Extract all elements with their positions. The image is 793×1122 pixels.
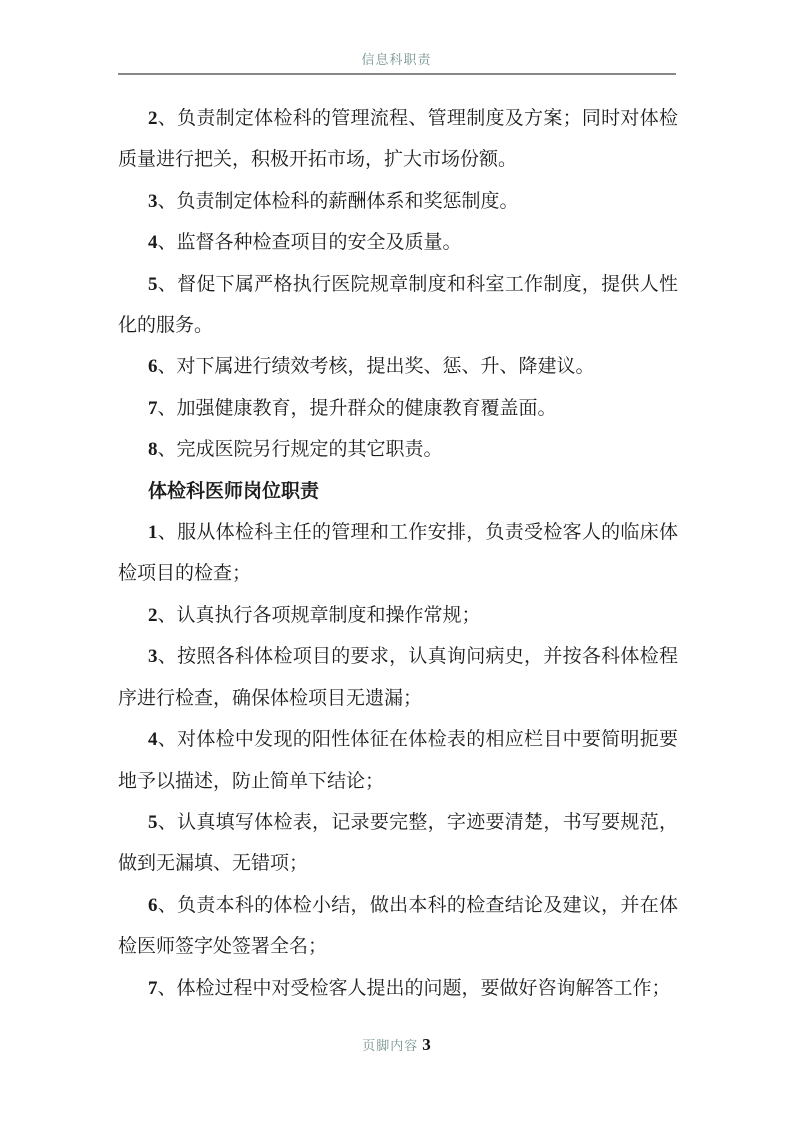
item-separator: 、 [158, 191, 177, 212]
list-item-s2-6: 6、负责本科的体检小结，做出本科的检查结论及建议，并在体检医师签字处签署全名； [118, 885, 678, 968]
item-text: 监督各种检查项目的安全及质量。 [177, 232, 462, 253]
item-number: 2 [148, 108, 158, 129]
list-item-s1-2: 2、负责制定体检科的管理流程、管理制度及方案；同时对体检质量进行把关，积极开拓市… [118, 98, 678, 181]
item-number: 6 [148, 356, 158, 377]
item-separator: 、 [158, 522, 178, 543]
item-separator: 、 [158, 274, 178, 295]
item-text: 负责本科的体检小结，做出本科的检查结论及建议，并在体检医师签字处签署全名； [118, 895, 678, 957]
list-item-s2-5: 5、认真填写体检表，记录要完整，字迹要清楚，书写要规范，做到无漏填、无错项； [118, 802, 678, 885]
item-text: 对体检中发现的阳性体征在体检表的相应栏目中要简明扼要地予以描述，防止简单下结论； [118, 729, 678, 791]
item-text: 对下属进行绩效考核，提出奖、惩、升、降建议。 [177, 356, 595, 377]
list-item-s1-7: 7、加强健康教育，提升群众的健康教育覆盖面。 [118, 388, 678, 429]
item-separator: 、 [158, 812, 178, 833]
item-number: 5 [148, 274, 158, 295]
item-separator: 、 [158, 108, 178, 129]
item-number: 7 [148, 978, 158, 999]
item-number: 4 [148, 729, 158, 750]
list-item-s2-4: 4、对体检中发现的阳性体征在体检表的相应栏目中要简明扼要地予以描述，防止简单下结… [118, 719, 678, 802]
item-number: 6 [148, 895, 158, 916]
list-item-s2-1: 1、服从体检科主任的管理和工作安排，负责受检客人的临床体检项目的检查； [118, 512, 678, 595]
item-number: 8 [148, 439, 158, 460]
page-footer: 页脚内容3 [0, 1035, 793, 1055]
document-body: 2、负责制定体检科的管理流程、管理制度及方案；同时对体检质量进行把关，积极开拓市… [118, 98, 678, 1009]
item-separator: 、 [158, 729, 178, 750]
item-number: 1 [148, 522, 158, 543]
item-text: 认真填写体检表，记录要完整，字迹要清楚，书写要规范，做到无漏填、无错项； [118, 812, 678, 874]
item-separator: 、 [158, 605, 177, 626]
item-separator: 、 [158, 646, 178, 667]
item-number: 7 [148, 398, 158, 419]
item-text: 完成医院另行规定的其它职责。 [177, 439, 443, 460]
item-text: 负责制定体检科的管理流程、管理制度及方案；同时对体检质量进行把关，积极开拓市场，… [118, 108, 678, 170]
page-header-title: 信息科职责 [0, 49, 793, 68]
footer-label: 页脚内容 [362, 1038, 418, 1053]
section-heading: 体检科医师岗位职责 [118, 471, 678, 512]
item-text: 负责制定体检科的薪酬体系和奖惩制度。 [177, 191, 519, 212]
item-number: 3 [148, 191, 158, 212]
list-item-s1-5: 5、督促下属严格执行医院规章制度和科室工作制度，提供人性化的服务。 [118, 264, 678, 347]
item-text: 按照各科体检项目的要求，认真询问病史，并按各科体检程序进行检查，确保体检项目无遗… [118, 646, 678, 708]
list-item-s2-7: 7、体检过程中对受检客人提出的问题，要做好咨询解答工作； [118, 968, 678, 1009]
list-item-s1-8: 8、完成医院另行规定的其它职责。 [118, 429, 678, 470]
list-item-s2-2: 2、认真执行各项规章制度和操作常规； [118, 595, 678, 636]
item-text: 督促下属严格执行医院规章制度和科室工作制度，提供人性化的服务。 [118, 274, 678, 336]
page-number: 3 [422, 1035, 431, 1054]
list-item-s2-3: 3、按照各科体检项目的要求，认真询问病史，并按各科体检程序进行检查，确保体检项目… [118, 636, 678, 719]
list-item-s1-6: 6、对下属进行绩效考核，提出奖、惩、升、降建议。 [118, 346, 678, 387]
header-divider-line [118, 73, 676, 75]
item-text: 服从体检科主任的管理和工作安排，负责受检客人的临床体检项目的检查； [118, 522, 678, 584]
item-number: 3 [148, 646, 158, 667]
item-separator: 、 [158, 232, 177, 253]
item-text: 体检过程中对受检客人提出的问题，要做好咨询解答工作； [177, 978, 671, 999]
item-separator: 、 [158, 398, 177, 419]
item-text: 加强健康教育，提升群众的健康教育覆盖面。 [177, 398, 557, 419]
item-text: 认真执行各项规章制度和操作常规； [177, 605, 481, 626]
item-separator: 、 [158, 356, 177, 377]
item-separator: 、 [158, 439, 177, 460]
list-item-s1-4: 4、监督各种检查项目的安全及质量。 [118, 222, 678, 263]
document-page: { "header": { "title": "信息科职责" }, "foote… [0, 0, 793, 1122]
item-separator: 、 [158, 978, 177, 999]
item-number: 5 [148, 812, 158, 833]
item-number: 4 [148, 232, 158, 253]
item-separator: 、 [158, 895, 178, 916]
list-item-s1-3: 3、负责制定体检科的薪酬体系和奖惩制度。 [118, 181, 678, 222]
item-number: 2 [148, 605, 158, 626]
